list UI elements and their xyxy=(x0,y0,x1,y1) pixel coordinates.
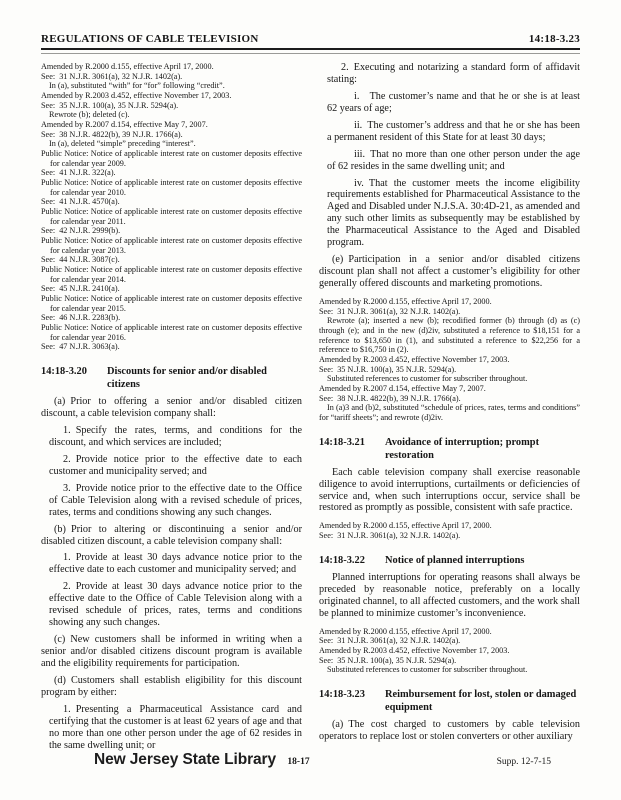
history-note-line: See: 45 N.J.R. 2410(a). xyxy=(41,284,302,294)
history-note-line: See: 47 N.J.R. 3063(a). xyxy=(41,342,302,352)
history-note-line: See: 35 N.J.R. 100(a), 35 N.J.R. 5294(a)… xyxy=(319,365,580,375)
history-note-line: Amended by R.2000 d.155, effective April… xyxy=(319,297,580,307)
list-item: 2. Provide at least 30 days advance noti… xyxy=(49,581,302,629)
history-note-line: Substituted references to customer for s… xyxy=(319,665,580,675)
history-note-line: Amended by R.2003 d.452, effective Novem… xyxy=(319,646,580,656)
history-note-line: Amended by R.2007 d.154, effective May 7… xyxy=(319,384,580,394)
history-note-line: Rewrote (b); deleted (c). xyxy=(41,110,302,120)
paragraph: (d) Customers shall establish eligibilit… xyxy=(41,675,302,699)
history-note-line: Amended by R.2000 d.155, effective April… xyxy=(319,521,580,531)
header-rule xyxy=(41,48,580,54)
left-column: Amended by R.2000 d.155, effective April… xyxy=(41,62,302,752)
paragraph: (b) Prior to altering or discontinuing a… xyxy=(41,524,302,548)
history-note-line: Public Notice: Notice of applicable inte… xyxy=(41,149,302,168)
paragraph: (c) New customers shall be informed in w… xyxy=(41,634,302,670)
history-note-line: In (a), substituted “with” for “for” fol… xyxy=(41,81,302,91)
history-note-line: Amended by R.2003 d.452, effective Novem… xyxy=(41,91,302,101)
history-note-line: Rewrote (a); inserted a new (b); recodif… xyxy=(319,316,580,355)
section-title: Notice of planned interruptions xyxy=(385,554,580,567)
section-title: Discounts for senior and/or disabled cit… xyxy=(107,365,302,391)
section-reference: 14:18-3.23 xyxy=(529,33,580,45)
history-note-line: Public Notice: Notice of applicable inte… xyxy=(41,323,302,342)
list-item: 1. Provide at least 30 days advance noti… xyxy=(49,552,302,576)
document-page: REGULATIONS OF CABLE TELEVISION 14:18-3.… xyxy=(0,0,621,800)
history-note-line: See: 41 N.J.R. 4570(a). xyxy=(41,197,302,207)
history-note-line: Amended by R.2003 d.452, effective Novem… xyxy=(319,355,580,365)
supplement-date: Supp. 12-7-15 xyxy=(497,757,551,767)
history-note-line: See: 38 N.J.R. 4822(b), 39 N.J.R. 1766(a… xyxy=(319,394,580,404)
history-note-line: See: 31 N.J.R. 3061(a), 32 N.J.R. 1402(a… xyxy=(319,531,580,541)
history-note-line: See: 41 N.J.R. 322(a). xyxy=(41,168,302,178)
history-note-line: See: 42 N.J.R. 2999(b). xyxy=(41,226,302,236)
history-note-line: See: 46 N.J.R. 2283(b). xyxy=(41,313,302,323)
right-column: 2. Executing and notarizing a standard f… xyxy=(319,62,580,752)
history-note-line: Public Notice: Notice of applicable inte… xyxy=(41,294,302,313)
section-heading-14-18-3-22: 14:18-3.22 Notice of planned interruptio… xyxy=(319,554,580,567)
history-note-line: In (a), deleted “simple” preceding “inte… xyxy=(41,139,302,149)
paragraph: (a) The cost charged to customers by cab… xyxy=(319,719,580,743)
section-number: 14:18-3.22 xyxy=(319,554,385,567)
list-item: i. The customer’s name and that he or sh… xyxy=(327,91,580,115)
amendment-history: Amended by R.2000 d.155, effective April… xyxy=(319,627,580,675)
history-note-line: Public Notice: Notice of applicable inte… xyxy=(41,207,302,226)
history-note-line: Amended by R.2007 d.154, effective May 7… xyxy=(41,120,302,130)
document-title: REGULATIONS OF CABLE TELEVISION xyxy=(41,33,259,45)
list-item: 2. Provide notice prior to the effective… xyxy=(49,454,302,478)
section-heading-14-18-3-20: 14:18-3.20 Discounts for senior and/or d… xyxy=(41,365,302,391)
list-item: 1. Specify the rates, terms, and conditi… xyxy=(49,425,302,449)
list-item: 1. Presenting a Pharmaceutical Assistanc… xyxy=(49,704,302,752)
history-note-line: Amended by R.2000 d.155, effective April… xyxy=(319,627,580,637)
history-note-line: In (a)3 and (b)2, substituted “schedule … xyxy=(319,403,580,422)
list-item: ii. The customer’s address and that he o… xyxy=(327,120,580,144)
history-note-line: Substituted references to customer for s… xyxy=(319,374,580,384)
list-item: 3. Provide notice prior to the effective… xyxy=(49,483,302,519)
section-heading-14-18-3-21: 14:18-3.21 Avoidance of interruption; pr… xyxy=(319,436,580,462)
list-item: iii. That no more than one other person … xyxy=(327,149,580,173)
paragraph: Planned interruptions for operating reas… xyxy=(319,572,580,620)
section-number: 14:18-3.23 xyxy=(319,688,385,714)
section-title: Reimbursement for lost, stolen or damage… xyxy=(385,688,580,714)
amendment-history: Amended by R.2000 d.155, effective April… xyxy=(41,62,302,352)
list-item: iv. That the customer meets the income e… xyxy=(327,178,580,250)
history-note-line: See: 35 N.J.R. 100(a), 35 N.J.R. 5294(a)… xyxy=(319,656,580,666)
history-note-line: Public Notice: Notice of applicable inte… xyxy=(41,265,302,284)
history-note-line: Public Notice: Notice of applicable inte… xyxy=(41,178,302,197)
history-note-line: Public Notice: Notice of applicable inte… xyxy=(41,236,302,255)
history-note-line: See: 31 N.J.R. 3061(a), 32 N.J.R. 1402(a… xyxy=(319,636,580,646)
list-item: 2. Executing and notarizing a standard f… xyxy=(327,62,580,86)
history-note-line: See: 44 N.J.R. 3087(c). xyxy=(41,255,302,265)
history-note-line: Amended by R.2000 d.155, effective April… xyxy=(41,62,302,72)
history-note-line: See: 31 N.J.R. 3061(a), 32 N.J.R. 1402(a… xyxy=(319,307,580,317)
history-note-line: See: 31 N.J.R. 3061(a), 32 N.J.R. 1402(a… xyxy=(41,72,302,82)
history-note-line: See: 38 N.J.R. 4822(b), 39 N.J.R. 1766(a… xyxy=(41,130,302,140)
paragraph: (e) Participation in a senior and/or dis… xyxy=(319,254,580,290)
document-body: Amended by R.2000 d.155, effective April… xyxy=(41,62,580,752)
section-heading-14-18-3-23: 14:18-3.23 Reimbursement for lost, stole… xyxy=(319,688,580,714)
paragraph: (a) Prior to offering a senior and/or di… xyxy=(41,396,302,420)
amendment-history: Amended by R.2000 d.155, effective April… xyxy=(319,521,580,540)
section-number: 14:18-3.21 xyxy=(319,436,385,462)
paragraph: Each cable television company shall exer… xyxy=(319,467,580,515)
amendment-history: Amended by R.2000 d.155, effective April… xyxy=(319,297,580,423)
section-title: Avoidance of interruption; prompt restor… xyxy=(385,436,580,462)
history-note-line: See: 35 N.J.R. 100(a), 35 N.J.R. 5294(a)… xyxy=(41,101,302,111)
page-header: REGULATIONS OF CABLE TELEVISION 14:18-3.… xyxy=(41,33,580,54)
section-number: 14:18-3.20 xyxy=(41,365,107,391)
